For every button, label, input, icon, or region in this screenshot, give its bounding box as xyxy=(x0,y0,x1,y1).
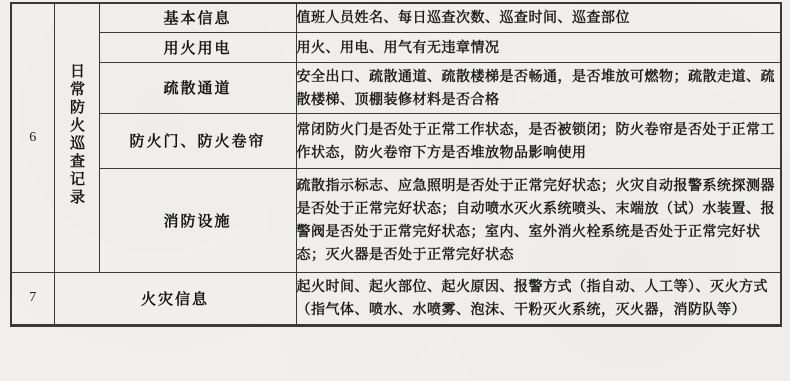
category-fire-electricity-use: 用火用电 xyxy=(99,32,296,62)
table-row: 消防设施 疏散指示标志、应急照明是否处于正常完好状态；火灾自动报警系统探测器是否… xyxy=(11,168,781,272)
description-basic-info: 值班人员姓名、每日巡查次数、巡查时间、巡查部位 xyxy=(296,3,781,32)
table-row: 6 日常防火巡查记录 基本信息 值班人员姓名、每日巡查次数、巡查时间、巡查部位 xyxy=(11,3,781,32)
description-fire-facilities: 疏散指示标志、应急照明是否处于正常完好状态；火灾自动报警系统探测器是否处于正常完… xyxy=(296,168,781,272)
table-row: 7 火灾信息 起火时间、起火部位、起火原因、报警方式（指自动、人工等）、灭火方式… xyxy=(11,272,781,325)
table-row: 防火门、防火卷帘 常闭防火门是否处于正常工作状态，是否被锁闭；防火卷帘是否处于正… xyxy=(11,113,781,168)
row-number-7: 7 xyxy=(11,272,54,325)
table-row: 用火用电 用火、用电、用气有无违章情况 xyxy=(11,32,781,62)
fire-inspection-table: 6 日常防火巡查记录 基本信息 值班人员姓名、每日巡查次数、巡查时间、巡查部位 … xyxy=(10,2,782,327)
row-number-6: 6 xyxy=(11,3,54,272)
description-evacuation-passage: 安全出口、疏散通道、疏散楼梯是否畅通，是否堆放可燃物；疏散走道、疏散楼梯、顶棚装… xyxy=(296,62,781,113)
category-fire-incident-info: 火灾信息 xyxy=(54,272,296,325)
description-fire-door-shutter: 常闭防火门是否处于正常工作状态，是否被锁闭；防火卷帘是否处于正常工作状态，防火卷… xyxy=(296,113,781,168)
description-fire-electricity-use: 用火、用电、用气有无违章情况 xyxy=(296,32,781,62)
category-basic-info: 基本信息 xyxy=(99,3,296,32)
group-label-daily-fire-patrol-record: 日常防火巡查记录 xyxy=(69,63,84,207)
category-fire-door-shutter: 防火门、防火卷帘 xyxy=(99,113,296,168)
category-fire-facilities: 消防设施 xyxy=(99,168,296,272)
description-fire-incident-info: 起火时间、起火部位、起火原因、报警方式（指自动、人工等）、灭火方式（指气体、喷水… xyxy=(296,272,781,325)
group-label-cell: 日常防火巡查记录 xyxy=(54,3,99,272)
table-row: 疏散通道 安全出口、疏散通道、疏散楼梯是否畅通，是否堆放可燃物；疏散走道、疏散楼… xyxy=(11,62,781,113)
scanned-document-page: { "document": { "type": "fire-safety-rec… xyxy=(0,0,790,381)
category-evacuation-passage: 疏散通道 xyxy=(99,62,296,113)
